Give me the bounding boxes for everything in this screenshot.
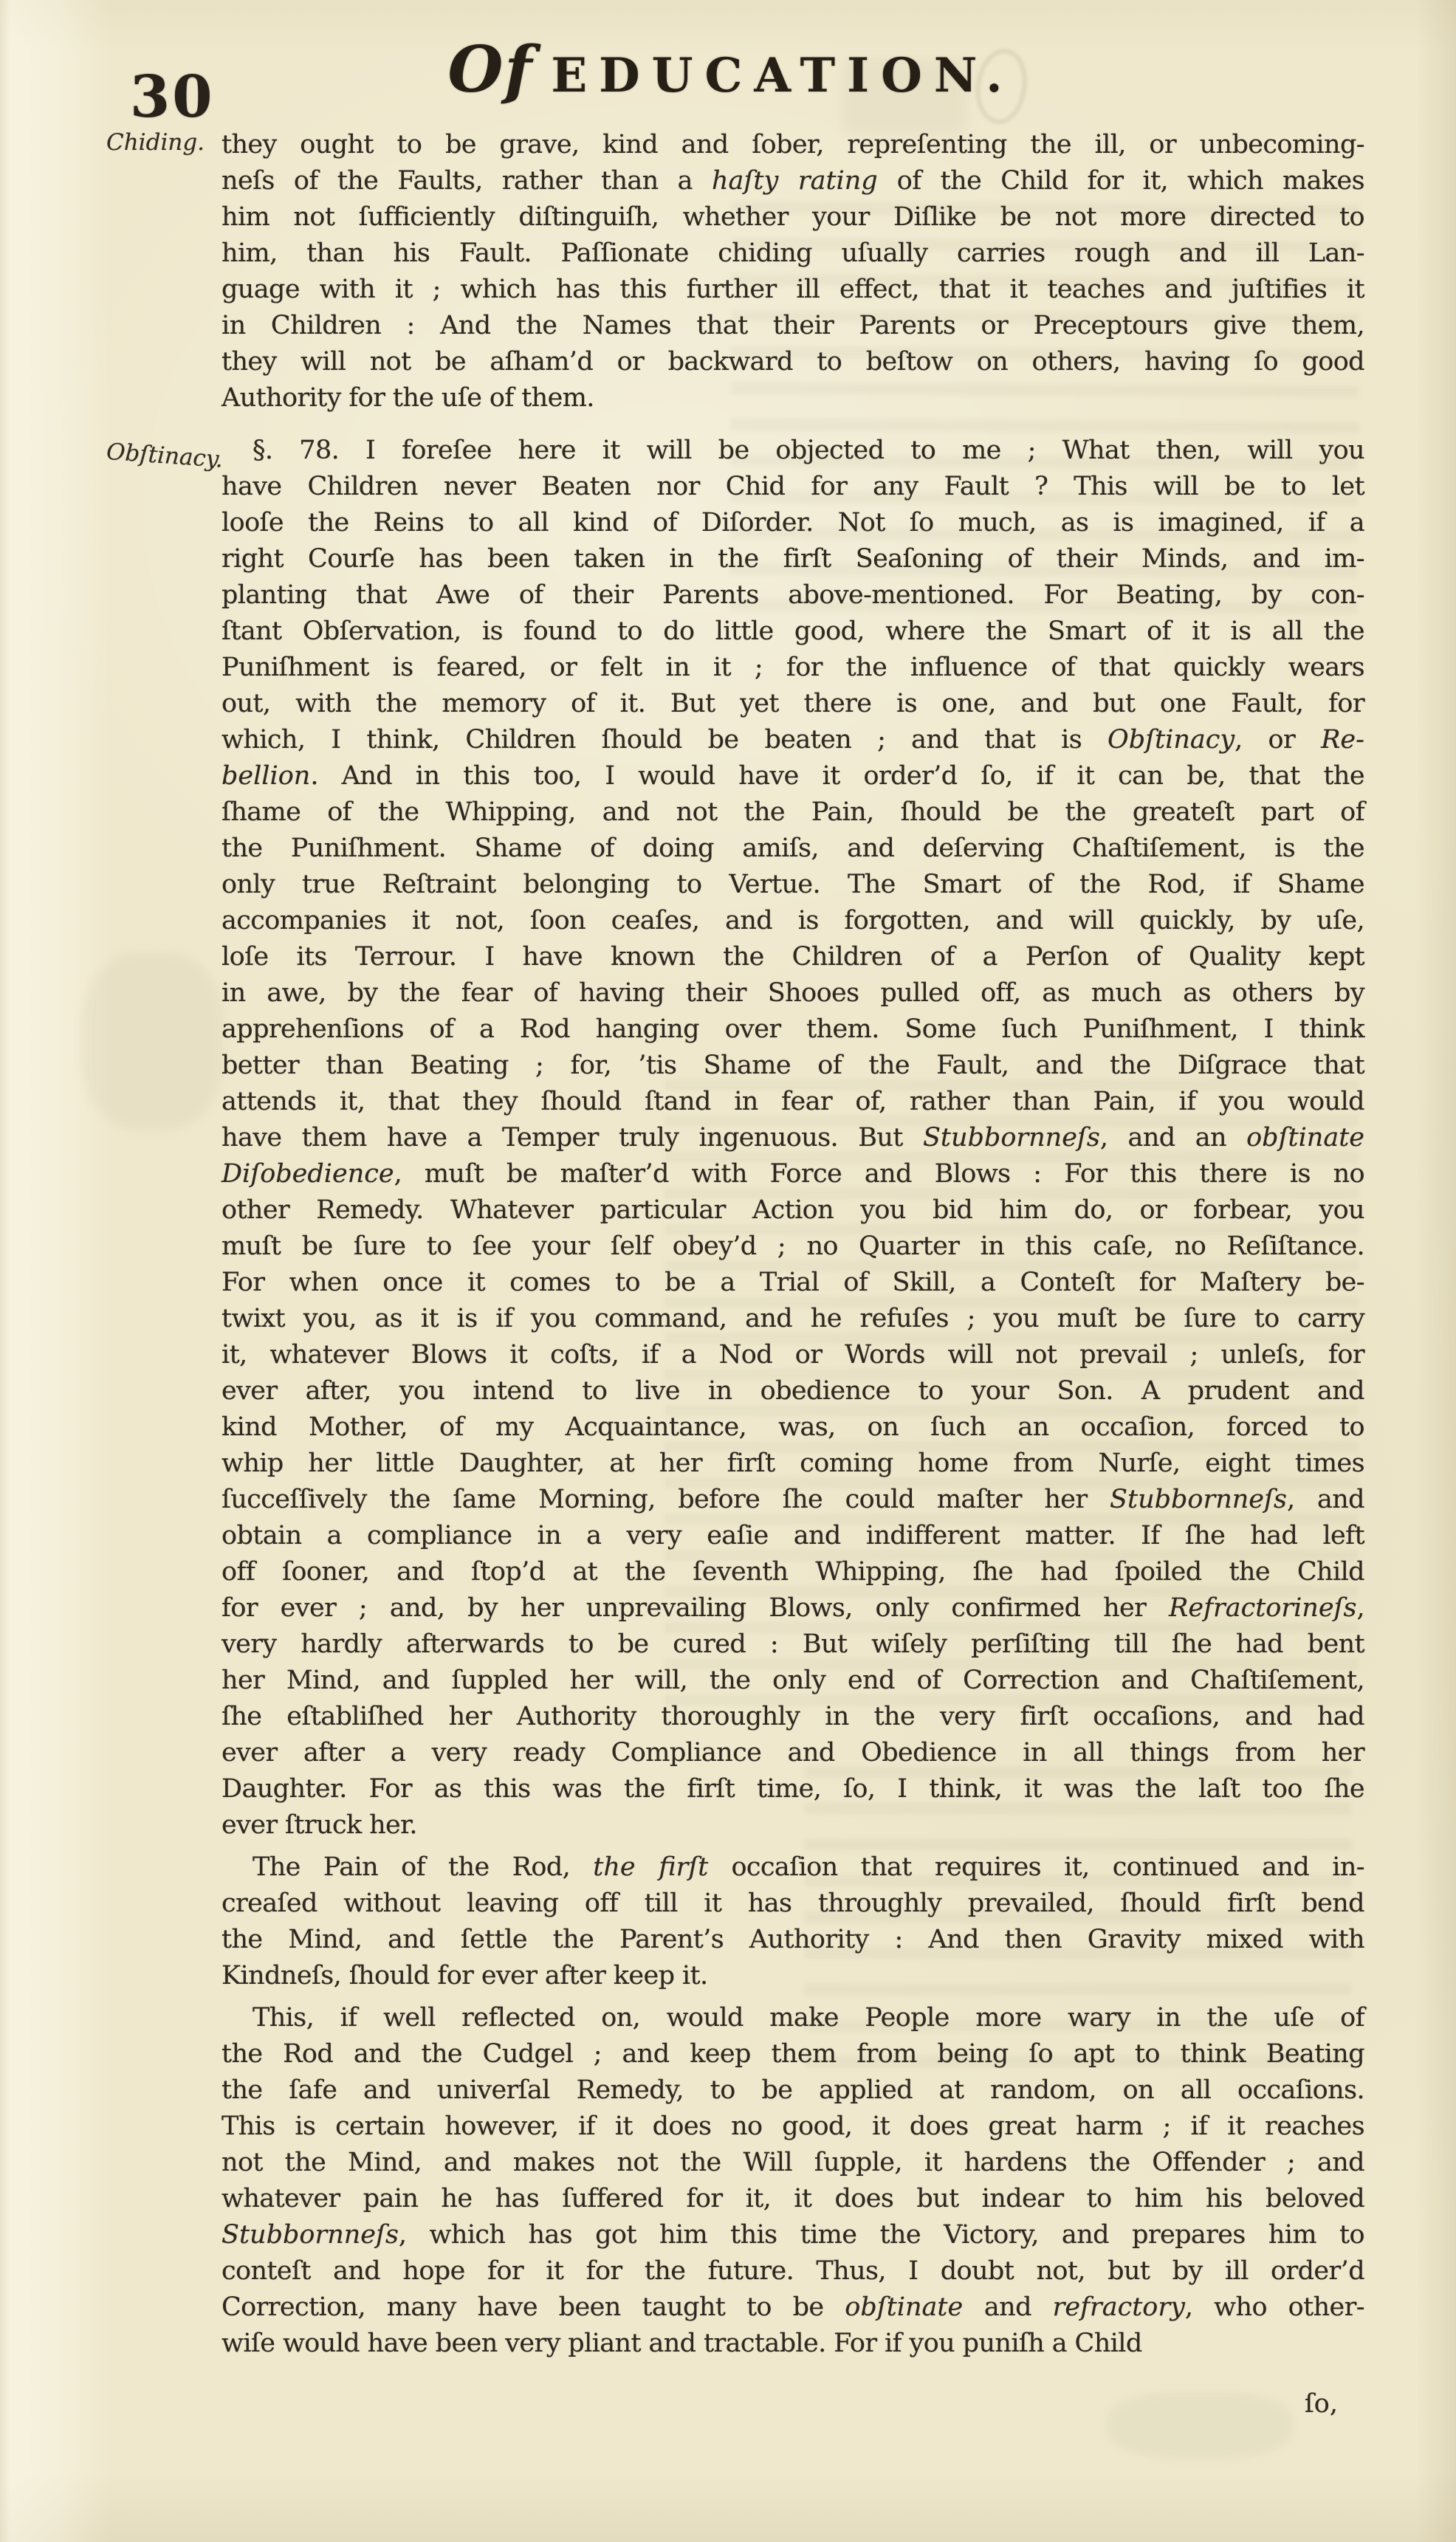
text-line: off ſooner, and ſtop’d at the ſeventh Wh… [222,1554,1364,1590]
text-line: §. 78. I foreſee here it will be objecte… [222,433,1364,469]
running-title-caps: EDUCATION. [551,48,1014,103]
text-line: not the Mind, and makes not the Will ſup… [222,2145,1364,2181]
text-line: whatever pain he has ſuffered for it, it… [222,2181,1364,2217]
text-line: bellion. And in this too, I would have i… [222,758,1364,794]
text-line: loſe its Terrour. I have known the Child… [222,939,1364,975]
text-line: looſe the Reins to all kind of Diſorder.… [222,505,1364,541]
margin-note: Obſtinacy. [106,439,218,473]
text-line: right Courſe has been taken in the firſt… [222,541,1364,577]
text-line: guage with it ; which has this further i… [222,272,1364,308]
text-line: which, I think, Children ſhould be beate… [222,722,1364,758]
text-line: whip her little Daughter, at her firſt c… [222,1446,1364,1482]
text-line: accompanies it not, ſoon ceaſes, and is … [222,903,1364,939]
text-line: ſhe eſtabliſhed her Authority thoroughly… [222,1699,1364,1735]
text-line: it, whatever Blows it coſts, if a Nod or… [222,1337,1364,1373]
text-line: apprehenſions of a Rod hanging over them… [222,1011,1364,1048]
text-line: twixt you, as it is if you command, and … [222,1301,1364,1337]
text-line: ever after, you intend to live in obedie… [222,1373,1364,1409]
text-line: have them have a Temper truly ingenuous.… [222,1120,1364,1156]
text-line: ſucceſſively the ſame Morning, before ſh… [222,1482,1364,1518]
text-line: other Remedy. Whatever particular Action… [222,1192,1364,1229]
margin-note: Chiding. [106,130,217,156]
text-line: very hardly afterwards to be cured : But… [222,1626,1364,1663]
text-line: only true Reſtraint belonging to Vertue.… [222,867,1364,903]
text-line: creaſed without leaving off till it has … [222,1886,1364,1922]
text-line: Diſobedience, muſt be maſter’d with Forc… [222,1156,1364,1192]
text-line: muſt be ſure to ſee your ſelf obey’d ; n… [222,1229,1364,1265]
text-block: Chiding.they ought to be grave, kind and… [222,127,1364,2362]
paragraph: This, if well reflected on, would make P… [222,2000,1364,2362]
text-line: Correction, many have been taught to be … [222,2289,1364,2326]
text-line: Authority for the uſe of them. [222,380,1364,416]
text-line: This is certain however, if it does no g… [222,2109,1364,2145]
text-line: This, if well reflected on, would make P… [222,2000,1364,2036]
text-line: For when once it comes to be a Trial of … [222,1265,1364,1301]
text-line: neſs of the Faults, rather than a haſty … [222,163,1364,199]
text-line: her Mind, and ſuppled her will, the only… [222,1663,1364,1699]
paragraph: Chiding.they ought to be grave, kind and… [222,127,1364,416]
text-line: Daughter. For as this was the firſt time… [222,1771,1364,1807]
text-line: him not ſufficiently diſtinguiſh, whethe… [222,199,1364,236]
text-line: they ought to be grave, kind and ſober, … [222,127,1364,163]
text-line: obtain a compliance in a very eaſie and … [222,1518,1364,1554]
catchword: ſo, [1240,2386,1338,2422]
text-line: for ever ; and, by her unprevailing Blow… [222,1590,1364,1626]
text-line: planting that Awe of their Parents above… [222,577,1364,614]
text-line: wiſe would have been very pliant and tra… [222,2326,1364,2362]
text-line: have Children never Beaten nor Chid for … [222,469,1364,505]
text-line: Stubbornneſs, which has got him this tim… [222,2217,1364,2253]
page-number: 30 [130,63,215,131]
text-line: Puniſhment is feared, or felt in it ; fo… [222,650,1364,686]
paragraph: The Pain of the Rod, the firſt occaſion … [222,1849,1364,1994]
text-line: ever ſtruck her. [222,1807,1364,1844]
text-line: the ſafe and univerſal Remedy, to be app… [222,2072,1364,2109]
text-line: out, with the memory of it. But yet ther… [222,686,1364,722]
text-line: better than Beating ; for, ’tis Shame of… [222,1048,1364,1084]
text-line: Kindneſs, ſhould for ever after keep it. [222,1958,1364,1994]
text-line: the Rod and the Cudgel ; and keep them f… [222,2036,1364,2072]
text-line: ſhame of the Whipping, and not the Pain,… [222,794,1364,831]
text-line: the Mind, and ſettle the Parent’s Author… [222,1922,1364,1958]
text-line: the Puniſhment. Shame of doing amiſs, an… [222,831,1364,867]
bleedthrough-smudge [83,952,223,1130]
text-line: ſtant Obſervation, is found to do little… [222,614,1364,650]
text-line: him, than his Fault. Paſſionate chiding … [222,236,1364,272]
book-page-scan: 30 OfEDUCATION. Chiding.they ought to be… [0,0,1456,2542]
text-line: they will not be aſham’d or backward to … [222,344,1364,380]
text-line: in awe, by the fear of having their Shoo… [222,975,1364,1011]
text-line: conteſt and hope for it for the future. … [222,2253,1364,2289]
running-title-of: Of [447,32,533,107]
text-line: attends it, that they ſhould ſtand in fe… [222,1084,1364,1120]
text-line: The Pain of the Rod, the firſt occaſion … [222,1849,1364,1886]
text-line: in Children : And the Names that their P… [222,308,1364,344]
text-line: kind Mother, of my Acquaintance, was, on… [222,1409,1364,1446]
running-title: OfEDUCATION. [222,32,1240,107]
paragraph: Obſtinacy.§. 78. I foreſee here it will … [222,433,1364,1844]
text-line: ever after a very ready Compliance and O… [222,1735,1364,1771]
